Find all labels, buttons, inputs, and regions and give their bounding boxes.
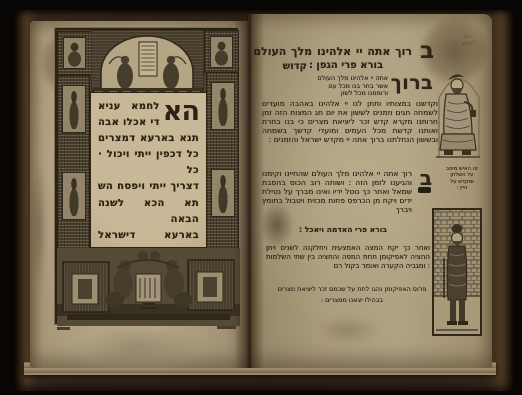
- stain-bottom: [60, 321, 220, 371]
- left-page: הא לחמא עניא די אכלו אבה תנא בארעא דמצרי…: [30, 21, 248, 368]
- haggadah-line: תנא בארעא דמצרים: [98, 131, 199, 147]
- large-initial-word: הא: [163, 99, 199, 124]
- column-figure-niche: [62, 85, 86, 133]
- bottom-line-1: פרוס האפיקומן נהגו לתת על שכמם זכר ליציא…: [276, 286, 428, 292]
- blessing-line-2: בורא פרי הגפן :: [308, 60, 384, 71]
- haggadah-line: דצריך ייתי ויפסח הש: [98, 179, 199, 195]
- corner-figure-relief: [63, 37, 86, 69]
- border-right-column: [206, 72, 239, 250]
- baruch-display-word: ברוך: [390, 72, 434, 94]
- standing-man-brick-wall-woodcut: [432, 208, 482, 336]
- paragraph-end-line: בורא פרי האדמה ויאכל :: [288, 226, 398, 235]
- kiddush-small-lines: אתה יי אלהינו מלך העולם אשר בחר בנו מכל …: [264, 75, 388, 98]
- border-corner-ornament-right: [204, 30, 239, 74]
- printers-mark-left: [57, 327, 70, 330]
- bottom-line-2: בבהילו יצאנו ממצרים :: [308, 297, 396, 303]
- faded-margin-note: כוס ראשון: [450, 33, 487, 48]
- title-text-panel: הא לחמא עניא די אכלו אבה תנא בארעא דמצרי…: [90, 92, 207, 248]
- blessing-line-1: רוך אתה יי אלהינו מלך העולם: [282, 45, 412, 58]
- instruction-paragraph: ואחר כך יקח המצה האמצעית ויחלקנה לשנים ו…: [266, 244, 430, 282]
- right-page: ב רוך אתה יי אלהינו מלך העולם בורא פרי ה…: [248, 14, 492, 368]
- column-figure-niche: [211, 169, 235, 217]
- haggadah-line: תא הכא לשנה הבאה: [98, 196, 199, 228]
- kiddush-small-line: ורוממנו מכל לשון: [264, 90, 388, 98]
- column-figure-niche: [211, 82, 235, 130]
- ink-blot: [418, 187, 431, 193]
- printers-mark-right: [217, 326, 236, 329]
- arch-vignette-woodcut: [91, 30, 204, 96]
- section-heading-kadesh: קדוש: [280, 61, 307, 72]
- margin-note-line: ראשון: [450, 39, 486, 48]
- woodcut-architectural-border: הא לחמא עניא די אכלו אבה תנא בארעא דמצרי…: [55, 28, 238, 324]
- kiddush-paragraph: וקדשנו במצותיו ותתן לנו יי אלהינו באהבה …: [262, 100, 438, 166]
- figure-caption: זה האיש מיסב על השלחן ומקדש על היין :: [436, 166, 488, 191]
- caption-line: היין :: [436, 185, 488, 191]
- corner-figure-relief: [210, 36, 233, 68]
- shehecheyanu-paragraph: רוך אתה יי אלהינו מלך העולם שהחיינו וקימ…: [262, 170, 412, 224]
- border-left-column: [57, 75, 90, 251]
- stain-bottom-center: [308, 312, 388, 348]
- photo-of-open-hebrew-book: הא לחמא עניא די אכלו אבה תנא בארעא דמצרי…: [0, 0, 522, 395]
- haggadah-line: כל דכפין ייתי ויכול ∙ כל: [98, 147, 199, 179]
- pedestal-putti-woodcut: [57, 248, 240, 326]
- column-figure-niche: [62, 172, 86, 220]
- stain-left-margin: [28, 141, 50, 311]
- seated-man-with-cup-woodcut: [434, 54, 484, 164]
- border-corner-ornament-left: [57, 31, 92, 75]
